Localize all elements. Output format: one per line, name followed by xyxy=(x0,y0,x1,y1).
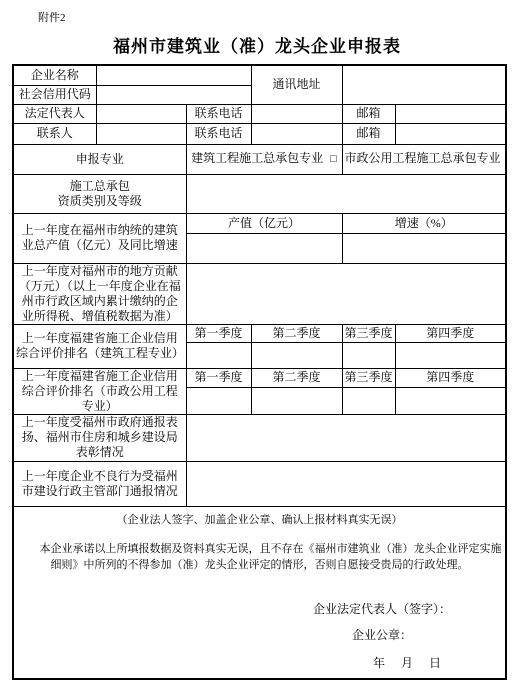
local-contribution-label: 上一年度对福州市的地方贡献（万元）（以上一年度企业在福州市行政区域内累计缴纳的企… xyxy=(13,263,186,324)
declaration-body: 本企业承诺以上所填报数据及资料真实无误，且不存在《福州市建筑业（准）龙头企业评定… xyxy=(16,541,503,573)
municipal-q1-input[interactable] xyxy=(186,387,251,414)
qualification-label-line1: 施工总承包 xyxy=(16,179,184,194)
table-row: 上一年度对福州市的地方贡献（万元）（以上一年度企业在福州市行政区域内累计缴纳的企… xyxy=(13,263,506,324)
table-row: 上一年度在福州市纳统的建筑业总产值（亿元）及同比增速 产值（亿元） 增速（%） xyxy=(13,213,506,233)
construction-q1-input[interactable] xyxy=(186,342,251,368)
municipal-q3-input[interactable] xyxy=(342,387,395,414)
legal-rep-email-label: 邮箱 xyxy=(342,104,395,123)
table-row: 上一年度福建省施工企业信用综合评价排名（建筑工程专业） 第一季度 第二季度 第三… xyxy=(13,324,506,342)
commendation-input[interactable] xyxy=(186,414,506,461)
output-value-input[interactable] xyxy=(186,233,342,263)
construction-q3-input[interactable] xyxy=(342,342,395,368)
mailing-address-label: 通讯地址 xyxy=(251,65,342,104)
construction-q3-header: 第三季度 xyxy=(342,324,395,342)
commendation-label: 上一年度受福州市政府通报表扬、福州市住房和城乡建设局表彰情况 xyxy=(13,414,186,461)
municipal-q4-header: 第四季度 xyxy=(395,368,506,387)
enterprise-name-input[interactable] xyxy=(96,65,251,85)
table-row: 施工总承包 资质类别及等级 xyxy=(13,174,506,213)
declared-specialty-label: 申报专业 xyxy=(13,144,186,174)
misconduct-label: 上一年度企业不良行为受福州市建设行政主管部门通报情况 xyxy=(13,461,186,506)
municipal-q2-header: 第二季度 xyxy=(251,368,342,387)
table-row: 联系人 联系电话 邮箱 xyxy=(13,123,506,144)
credit-rank-municipal-label: 上一年度福建省施工企业信用综合评价排名（市政公用工程专业） xyxy=(13,368,186,414)
table-row: 上一年度福建省施工企业信用综合评价排名（市政公用工程专业） 第一季度 第二季度 … xyxy=(13,368,506,387)
legal-rep-label: 法定代表人 xyxy=(13,104,96,123)
specialty-construction-checkbox-icon[interactable]: □ xyxy=(330,153,337,167)
contact-person-label: 联系人 xyxy=(13,123,96,144)
construction-q2-input[interactable] xyxy=(251,342,342,368)
municipal-q3-header: 第三季度 xyxy=(342,368,395,387)
contact-person-email-label: 邮箱 xyxy=(342,123,395,144)
qualification-label: 施工总承包 资质类别及等级 xyxy=(13,174,186,213)
legal-rep-signature-label[interactable]: 企业法定代表人（签字）： xyxy=(261,602,503,617)
mailing-address-input[interactable] xyxy=(342,65,506,104)
credit-rank-construction-label: 上一年度福建省施工企业信用综合评价排名（建筑工程专业） xyxy=(13,324,186,368)
misconduct-input[interactable] xyxy=(186,461,506,506)
growth-header: 增速（%） xyxy=(342,213,506,233)
legal-rep-phone-input[interactable] xyxy=(251,104,342,123)
table-row: 申报专业 建筑工程施工总承包专业 □ 市政公用工程施工总承包专业 □ xyxy=(13,144,506,174)
social-credit-code-input[interactable] xyxy=(96,85,251,104)
declaration-heading: （企业法人签字、加盖企业公章、确认上报材料真实无误） xyxy=(16,514,503,528)
document-page: 附件2 福州市建筑业（准）龙头企业申报表 企业名称 通讯地址 社会信用代码 法定… xyxy=(0,0,514,688)
legal-rep-phone-label: 联系电话 xyxy=(186,104,251,123)
attachment-label: 附件2 xyxy=(38,9,66,25)
qualification-label-line2: 资质类别及等级 xyxy=(16,194,184,209)
contact-person-phone-input[interactable] xyxy=(251,123,342,144)
page-title: 福州市建筑业（准）龙头企业申报表 xyxy=(0,32,514,57)
output-value-header: 产值（亿元） xyxy=(186,213,342,233)
contact-person-email-input[interactable] xyxy=(395,123,506,144)
table-row: 上一年度受福州市政府通报表扬、福州市住房和城乡建设局表彰情况 xyxy=(13,414,506,461)
table-row: 上一年度企业不良行为受福州市建设行政主管部门通报情况 xyxy=(13,461,506,506)
application-form-table: 企业名称 通讯地址 社会信用代码 法定代表人 联系电话 邮箱 联系人 联系电话 … xyxy=(12,64,507,680)
table-row: 企业名称 通讯地址 xyxy=(13,65,506,85)
municipal-q1-header: 第一季度 xyxy=(186,368,251,387)
specialty-option-construction-label: 建筑工程施工总承包专业 xyxy=(191,151,323,165)
specialty-option-municipal: 市政公用工程施工总承包专业 □ xyxy=(342,144,506,174)
contact-person-name-input[interactable] xyxy=(96,123,186,144)
declaration-cell: （企业法人签字、加盖企业公章、确认上报材料真实无误） 本企业承诺以上所填报数据及… xyxy=(13,506,506,679)
enterprise-name-label: 企业名称 xyxy=(13,65,96,85)
construction-q4-header: 第四季度 xyxy=(395,324,506,342)
construction-q1-header: 第一季度 xyxy=(186,324,251,342)
date-label[interactable]: 年 月 日 xyxy=(313,656,503,671)
table-row: （企业法人签字、加盖企业公章、确认上报材料真实无误） 本企业承诺以上所填报数据及… xyxy=(13,506,506,679)
company-seal-label[interactable]: 企业公章： xyxy=(261,628,503,643)
legal-rep-email-input[interactable] xyxy=(395,104,506,123)
construction-q2-header: 第二季度 xyxy=(251,324,342,342)
local-contribution-input[interactable] xyxy=(186,263,506,324)
specialty-option-municipal-label: 市政公用工程施工总承包专业 xyxy=(345,151,501,165)
construction-q4-input[interactable] xyxy=(395,342,506,368)
output-row-label: 上一年度在福州市纳统的建筑业总产值（亿元）及同比增速 xyxy=(13,213,186,263)
growth-value-input[interactable] xyxy=(342,233,506,263)
social-credit-code-label: 社会信用代码 xyxy=(13,85,96,104)
specialty-option-construction: 建筑工程施工总承包专业 □ xyxy=(186,144,342,174)
municipal-q4-input[interactable] xyxy=(395,387,506,414)
legal-rep-name-input[interactable] xyxy=(96,104,186,123)
contact-person-phone-label: 联系电话 xyxy=(186,123,251,144)
qualification-input[interactable] xyxy=(186,174,506,213)
table-row: 法定代表人 联系电话 邮箱 xyxy=(13,104,506,123)
municipal-q2-input[interactable] xyxy=(251,387,342,414)
